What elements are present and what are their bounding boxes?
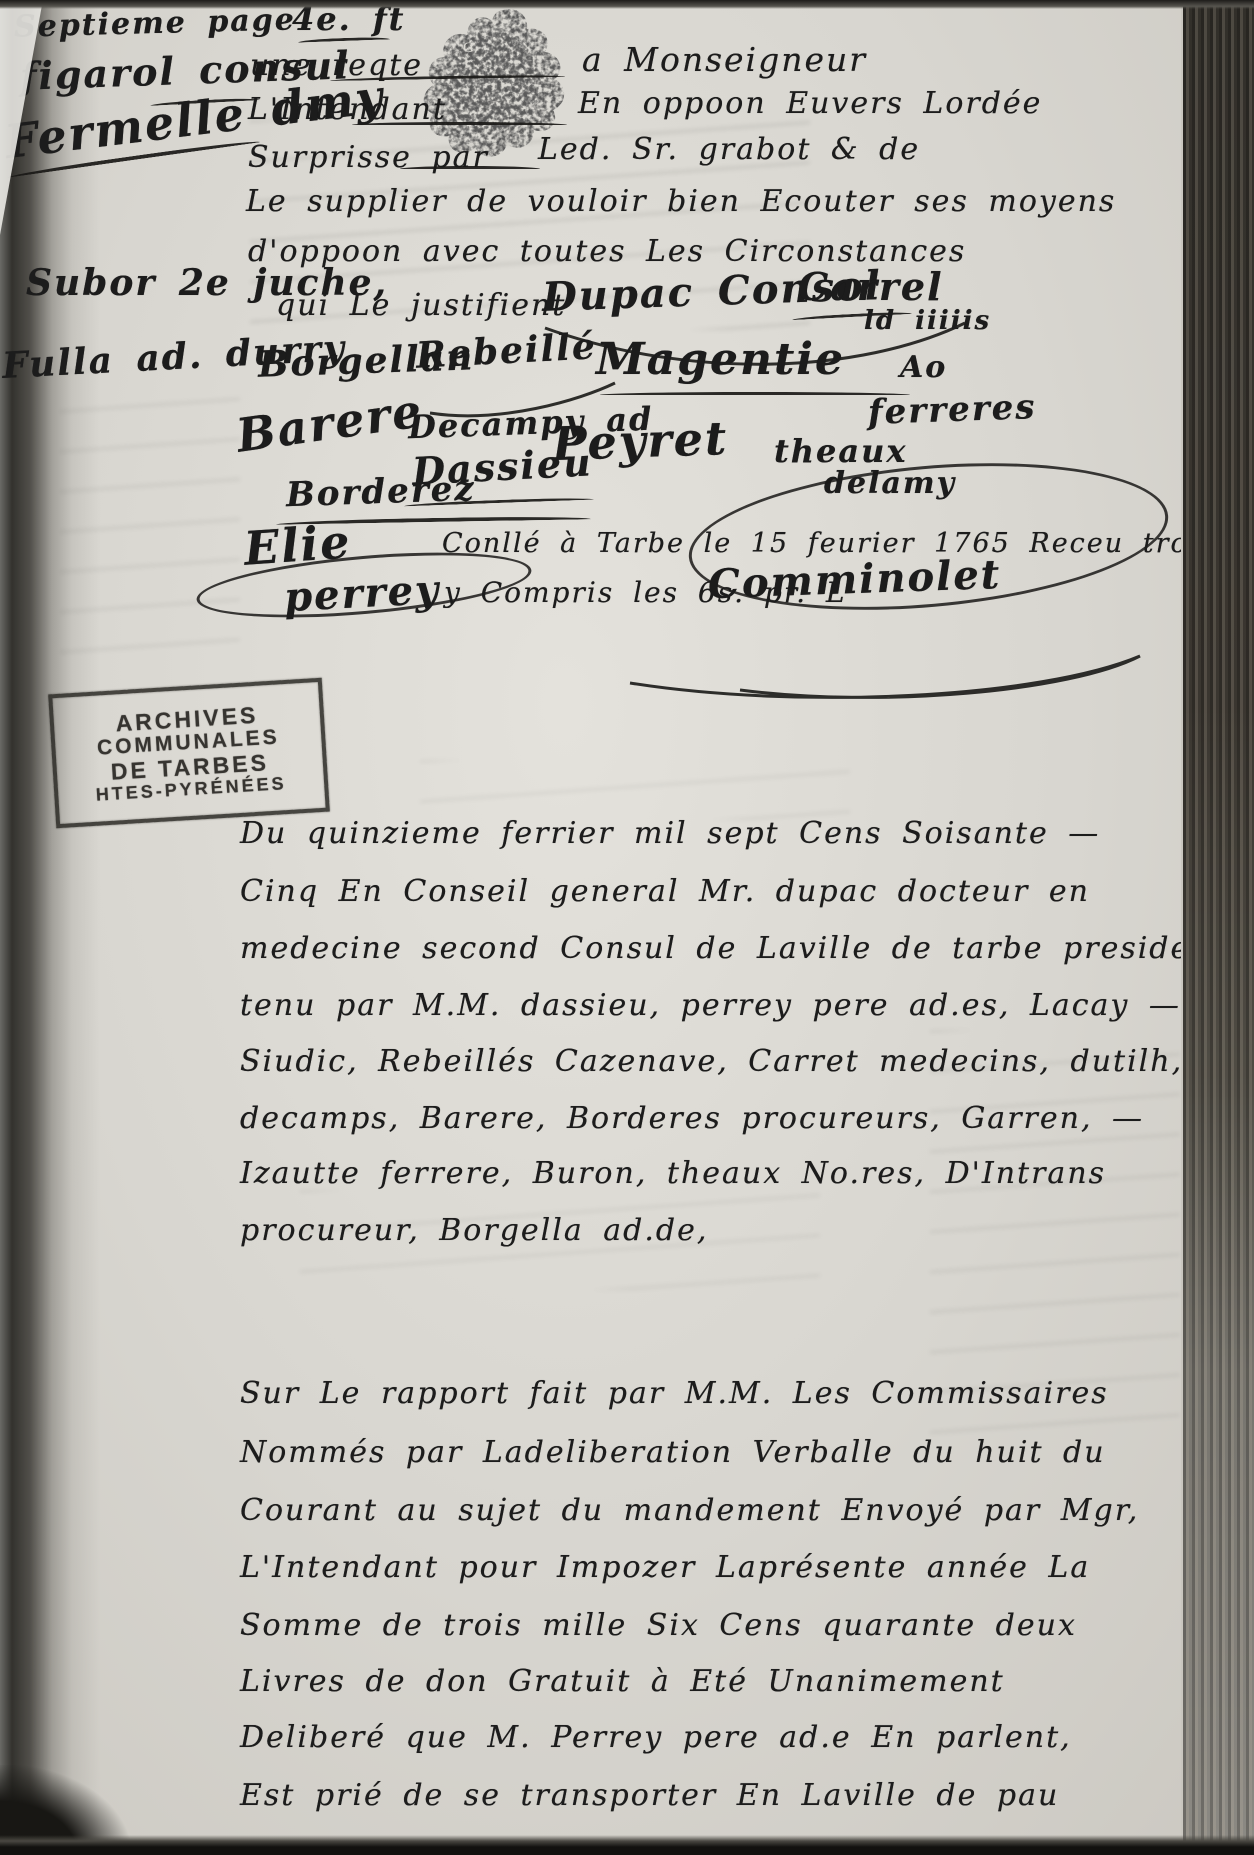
manuscript-line: En oppoon Euvers Lordée	[578, 86, 1042, 121]
pen-stroke	[400, 166, 540, 169]
signature-theaux: theaux	[774, 432, 907, 470]
signature-borderez: Borderez	[285, 469, 476, 516]
manuscript-line: Surprisse par	[248, 140, 489, 175]
bleed-through	[60, 370, 240, 670]
signature-tally: ld iiiiis	[864, 306, 991, 336]
page-number-mark: 4e. ft	[292, 0, 405, 38]
manuscript-line: Est prié de se transporter En Laville de…	[240, 1778, 1059, 1813]
signature-ferreres: ferreres	[867, 387, 1037, 433]
manuscript-line: L'Intendant pour Impozer Laprésente anné…	[240, 1550, 1090, 1585]
manuscript-line: Le supplier de vouloir bien Ecouter ses …	[246, 184, 1116, 219]
manuscript-line: Du quinzieme ferrier mil sept Cens Soisa…	[240, 816, 1100, 851]
manuscript-line: procureur, Borgella ad.de,	[240, 1213, 708, 1248]
control-note-line: Conllé à Tarbe le 15 feurier 1765 Receu …	[442, 528, 1254, 559]
manuscript-line: tenu par M.M. dassieu, perrey pere ad.es…	[240, 988, 1181, 1023]
signature-perrey: perrey	[283, 566, 442, 621]
signature-barere: Barere	[233, 383, 426, 463]
signature-peyret: Peyret	[551, 411, 729, 471]
manuscript-line: Courant au sujet du mandement Envoyé par…	[240, 1493, 1139, 1528]
signature-carret: Carrel	[798, 264, 944, 309]
manuscript-line: a Monseigneur	[582, 40, 867, 79]
seal-mark-text: G·	[463, 40, 479, 56]
page-edge-bottom	[0, 1835, 1254, 1855]
manuscript-line: Led. Sr. grabot & de	[538, 132, 920, 167]
manuscript-line: Livres de don Gratuit à Eté Unanimement	[240, 1664, 1005, 1699]
pen-stroke	[352, 122, 567, 125]
bleed-through	[420, 760, 850, 820]
archive-stamp: ARCHIVES COMMUNALES DE TARBES HTES-PYRÉN…	[48, 678, 330, 828]
manuscript-line: Sur Le rapport fait par M.M. Les Commiss…	[240, 1376, 1109, 1411]
manuscript-page: Septieme page 4e. ft figarol consul Ferm…	[0, 0, 1254, 1855]
manuscript-line: Somme de trois mille Six Cens quarante d…	[240, 1608, 1077, 1643]
manuscript-line: qui Le justifient	[276, 288, 566, 323]
manuscript-line: Siudic, Rebeillés Cazenave, Carret medec…	[240, 1044, 1183, 1079]
manuscript-line: Nommés par Ladeliberation Verballe du hu…	[240, 1435, 1106, 1470]
signature-magentie: Magentie	[596, 334, 845, 385]
manuscript-line: Izautte ferrere, Buron, theaux No.res, D…	[240, 1156, 1106, 1191]
signature-ao: Ao	[900, 350, 947, 385]
signature-flourish	[620, 628, 1160, 703]
manuscript-line: Deliberé que M. Perrey pere ad.e En parl…	[240, 1720, 1072, 1755]
page-corner-shadow	[0, 1765, 130, 1855]
manuscript-line: medecine second Consul de Laville de tar…	[240, 931, 1226, 966]
pen-stroke	[600, 392, 910, 395]
manuscript-line: Cinq En Conseil general Mr. dupac docteu…	[240, 874, 1090, 909]
margin-header-note: Septieme page	[14, 2, 297, 44]
page-edge-right	[1181, 0, 1254, 1855]
manuscript-line: decamps, Barere, Borderes procureurs, Ga…	[240, 1101, 1144, 1136]
